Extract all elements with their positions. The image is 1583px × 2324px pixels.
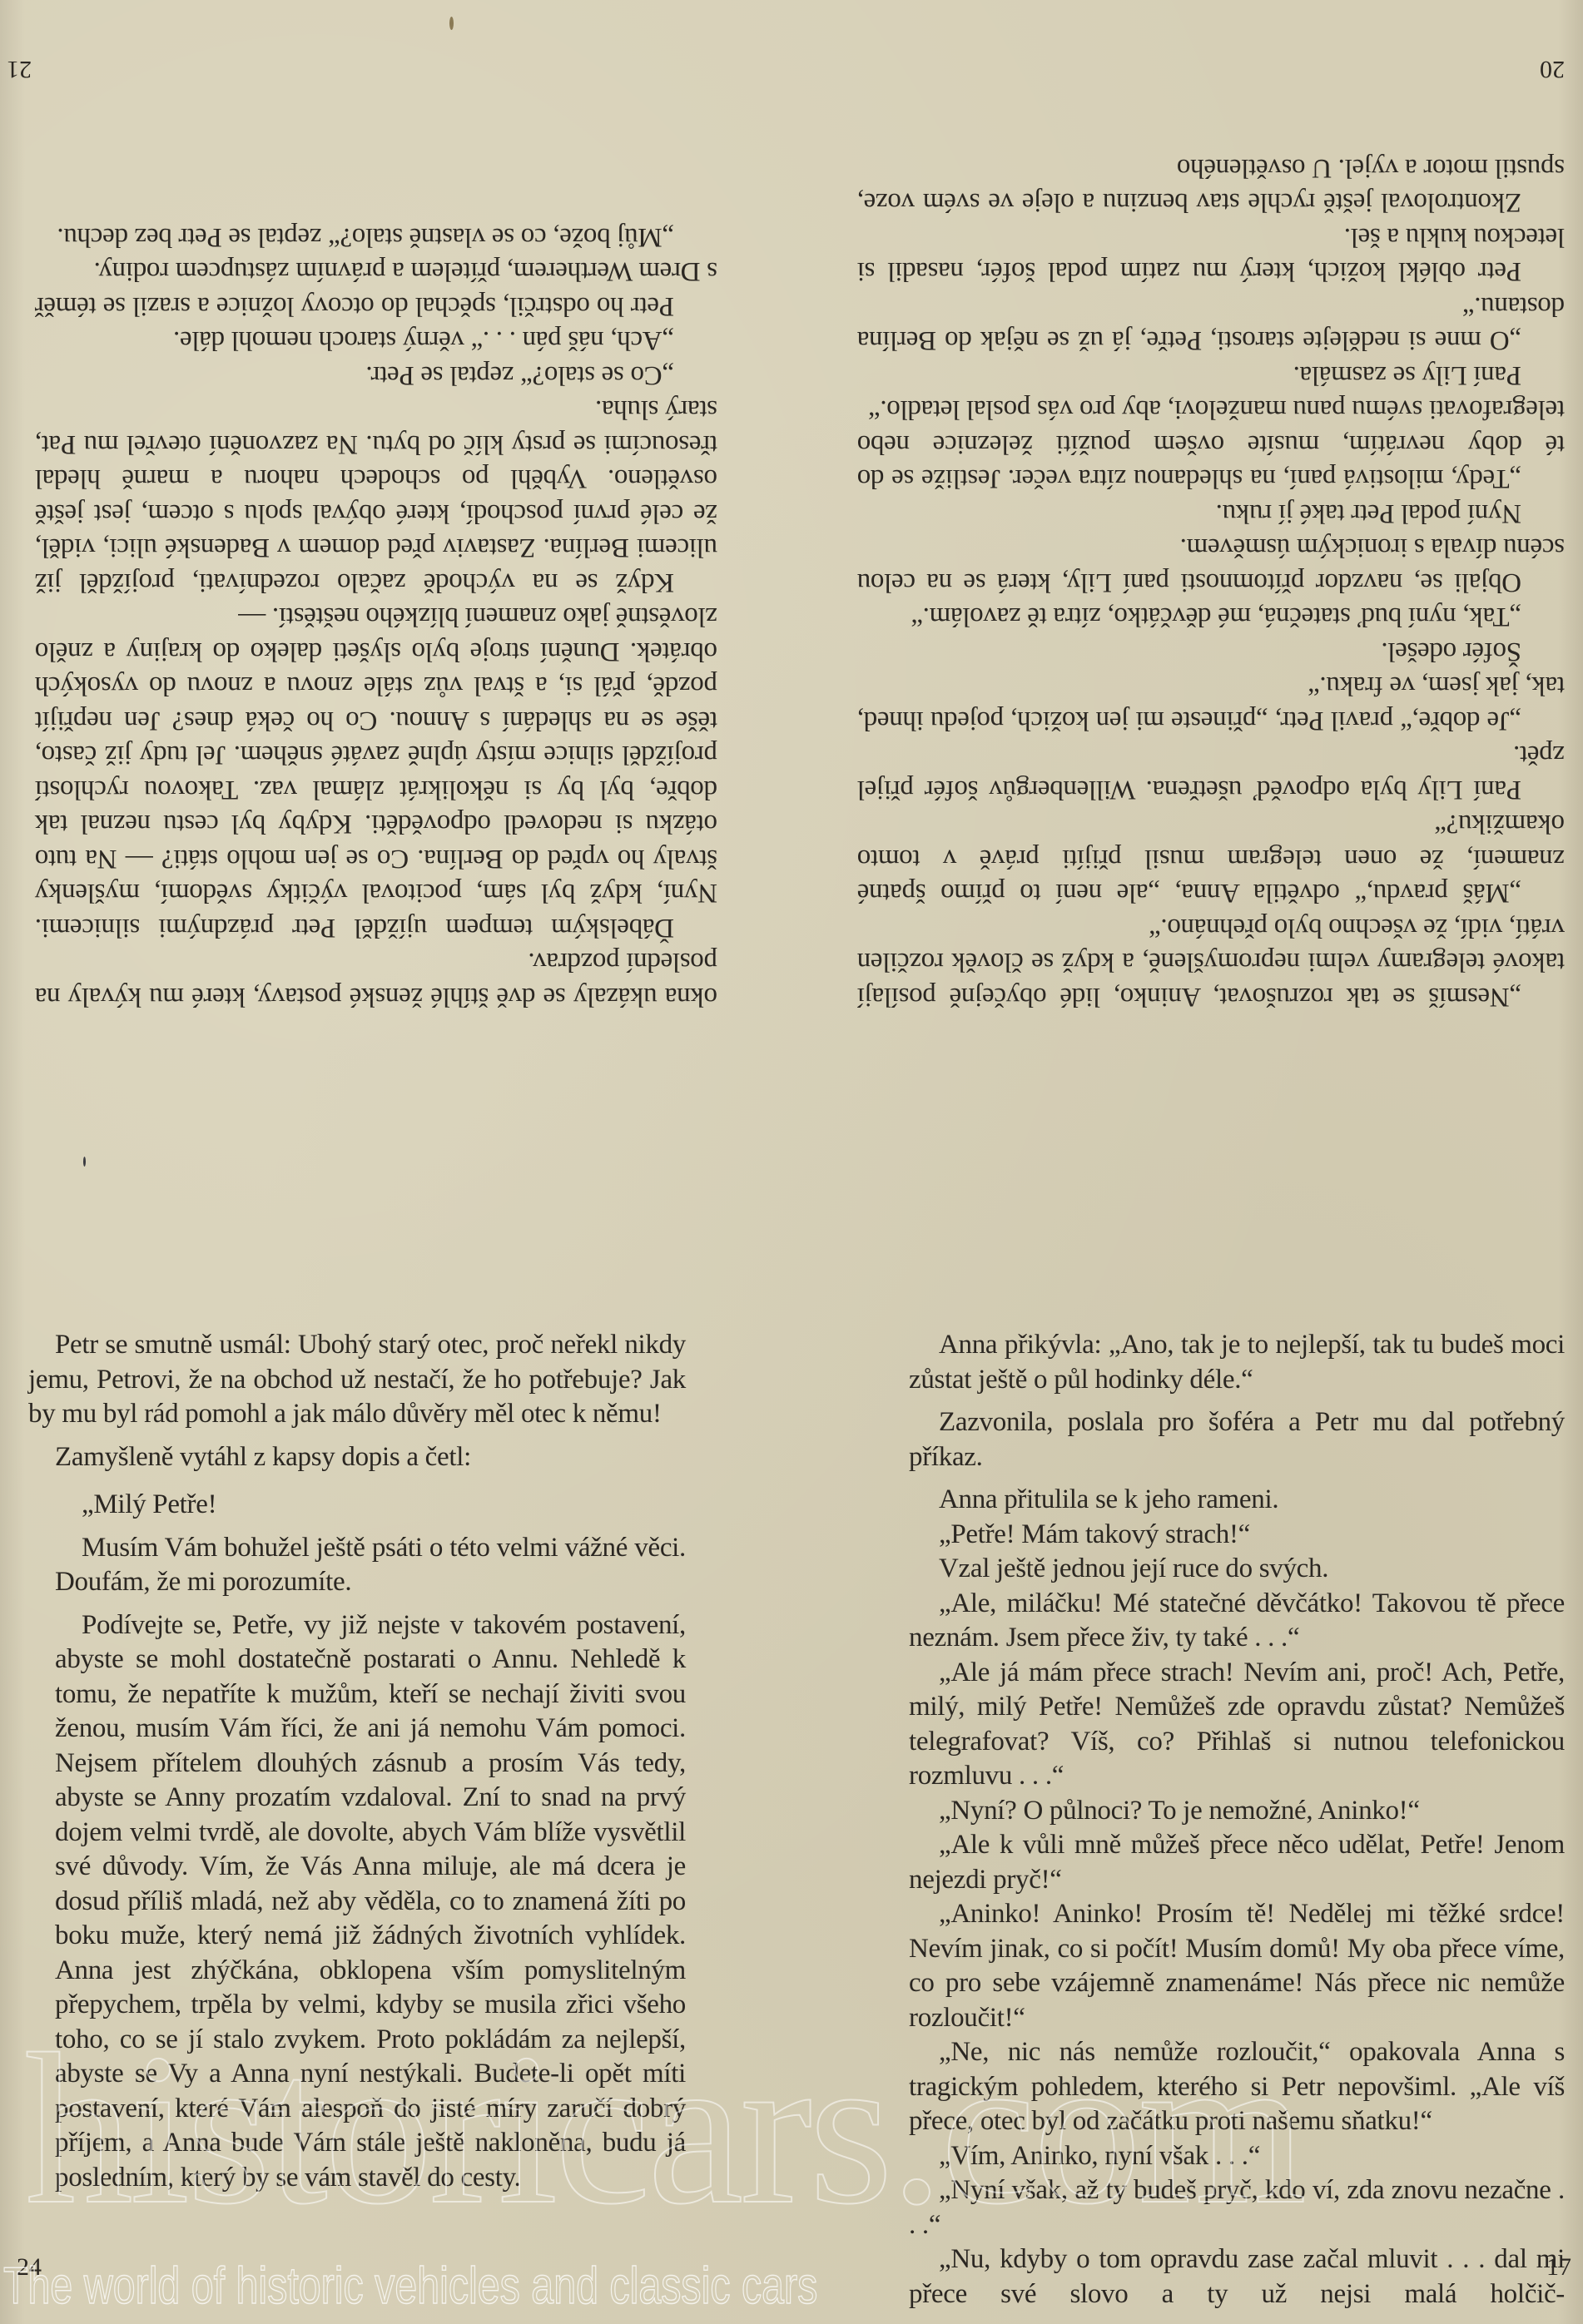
paragraph: „Je dobře,“ pravil Petr, „přineste mi je… bbox=[857, 668, 1565, 737]
watermark-large: historicars.com bbox=[25, 2005, 1303, 2254]
paragraph: Anna přitulila se k jeho rameni. bbox=[909, 1483, 1565, 1518]
paragraph: Objali se, navzdor přítomnosti paní Lily… bbox=[857, 530, 1565, 599]
watermark-tagline: The world of historic vehicles and class… bbox=[3, 2257, 817, 2316]
paragraph: „Tak, nyní buď statečná, mé děvčátko, zí… bbox=[857, 599, 1565, 634]
paragraph: „Ach, náš pán . . .“ věrný staroch nemoh… bbox=[35, 323, 717, 358]
paragraph: Když se na východě začalo rozednívati, p… bbox=[35, 392, 717, 599]
paragraph: „Nesmíš se tak rozrušovat, Aninko, lidé … bbox=[857, 910, 1565, 1014]
paragraph: Nyní podal Petr také jí ruku. bbox=[857, 496, 1565, 531]
paragraph: Vzal ještě jednou její ruce do svých. bbox=[909, 1552, 1565, 1587]
paragraph: Zamyšleně vytáhl z kapsy dopis a četl: bbox=[28, 1440, 686, 1475]
paragraph: Šofér odešel. bbox=[857, 634, 1565, 669]
paragraph: Petr ho odstrčil, spěchal do otcovy ložn… bbox=[35, 254, 717, 323]
paragraph: Petr oblékl kožich, který mu zatím podal… bbox=[857, 220, 1565, 289]
paragraph: Petr se smutně usmál: Ubohý starý otec, … bbox=[28, 1328, 686, 1432]
paragraph: „Můj bože, co se vlastně stalo?“ zeptal … bbox=[35, 220, 717, 255]
page-number: 20 bbox=[1540, 55, 1565, 83]
paragraph: „O mne si nedělejte starosti, Petře, já … bbox=[857, 289, 1565, 358]
page-number: 17 bbox=[1546, 2253, 1571, 2282]
upside-down-spread: „Nesmíš se tak rozrušovat, Aninko, lidé … bbox=[0, 0, 1583, 1032]
page-20: „Nesmíš se tak rozrušovat, Aninko, lidé … bbox=[857, 0, 1565, 1032]
scan-speck bbox=[449, 17, 454, 30]
page-21-text: okna ukázaly se dvě štíhlé ženské postav… bbox=[35, 220, 717, 1014]
paragraph: Anna přikývla: „Ano, tak je to nejlepší,… bbox=[909, 1328, 1565, 1397]
paragraph: okna ukázaly se dvě štíhlé ženské postav… bbox=[35, 944, 717, 1013]
page-21: okna ukázaly se dvě štíhlé ženské postav… bbox=[18, 0, 717, 1032]
paragraph: Paní Lily byla odpověď ušetřena. Willenb… bbox=[857, 737, 1565, 806]
letter-salutation: „Milý Petře! bbox=[55, 1488, 686, 1523]
letter-paragraph: Musím Vám bohužel ještě psáti o této vel… bbox=[55, 1531, 686, 1600]
paragraph: Ďábelským tempem ujížděl Petr prázdnými … bbox=[35, 599, 717, 944]
upright-spread: Petr se smutně usmál: Ubohý starý otec, … bbox=[0, 1032, 1583, 2324]
scan-speck bbox=[83, 1157, 86, 1167]
paragraph: Zkontroloval ještě rychle stav benzinu a… bbox=[857, 151, 1565, 220]
paragraph: Zazvonila, poslala pro šoféra a Petr mu … bbox=[909, 1405, 1565, 1474]
paragraph: „Petře! Mám takový strach!“ bbox=[909, 1518, 1565, 1553]
paragraph: „Tedy, milostivá paní, na shledanou zítr… bbox=[857, 392, 1565, 496]
paragraph: „Co se stalo?“ zeptal se Petr. bbox=[35, 358, 717, 393]
paragraph: „Nyní? O půlnoci? To je nemožné, Aninko!… bbox=[909, 1794, 1565, 1829]
paragraph: „Ale k vůli mně můžeš přece něco udělat,… bbox=[909, 1828, 1565, 1897]
paragraph: Paní Lily se zasmála. bbox=[857, 358, 1565, 393]
page-20-text: „Nesmíš se tak rozrušovat, Aninko, lidé … bbox=[857, 151, 1565, 1014]
paragraph: „Ale, miláčku! Mé statečné děvčátko! Tak… bbox=[909, 1587, 1565, 1656]
paragraph: „Máš pravdu,“ odvětila Anna, „ale není t… bbox=[857, 806, 1565, 910]
paragraph: „Ale já mám přece strach! Nevím ani, pro… bbox=[909, 1656, 1565, 1794]
page-number: 21 bbox=[7, 55, 32, 83]
